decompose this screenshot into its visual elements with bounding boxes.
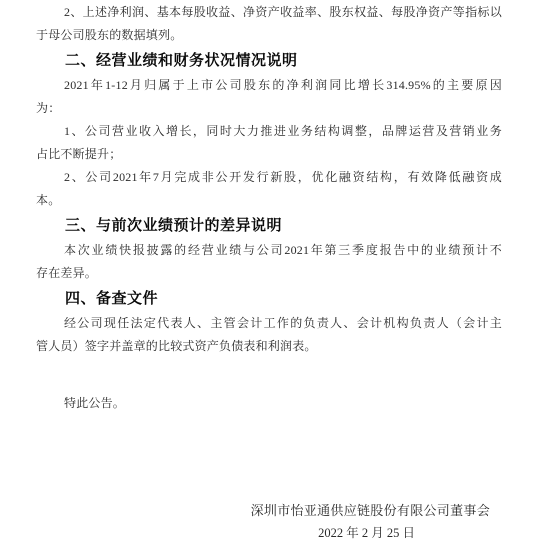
signature-company: 深圳市怡亚通供应链股份有限公司董事会	[36, 499, 502, 522]
text-line: 于母公司股东的数据填列。	[36, 24, 502, 47]
body-paragraph: 本次业绩快报披露的经营业绩与公司2021年第三季度报告中的业绩预计不 存在差异。	[36, 239, 502, 285]
text-line: 2、上述净利润、基本每股收益、净资产收益率、股东权益、每股净资产等指标以归属	[36, 1, 502, 24]
text-line: 为：	[36, 97, 502, 120]
text-line: 经公司现任法定代表人、主管会计工作的负责人、会计机构负责人（会计主	[36, 312, 502, 335]
text-line: 2021年1-12月归属于上市公司股东的净利润同比增长314.95%的主要原因	[36, 74, 502, 97]
text-line: 管人员）签字并盖章的比较式资产负债表和利润表。	[36, 335, 502, 358]
text-line: 1、公司营业收入增长，同时大力推进业务结构调整，品牌运营及营销业务	[36, 120, 502, 143]
closing-line: 特此公告。	[36, 392, 502, 415]
section-heading-difference: 三、与前次业绩预计的差异说明	[65, 214, 502, 237]
signature-block: 深圳市怡亚通供应链股份有限公司董事会 2022 年 2 月 25 日	[36, 499, 502, 545]
document-content: 2、上述净利润、基本每股收益、净资产收益率、股东权益、每股净资产等指标以归属 于…	[0, 0, 535, 545]
text-line: 占比不断提升；	[36, 143, 502, 166]
text-line: 本。	[36, 189, 502, 212]
section-heading-operations: 二、经营业绩和财务状况情况说明	[65, 49, 502, 72]
text-line: 2、公司2021年7月完成非公开发行新股，优化融资结构，有效降低融资成	[36, 166, 502, 189]
body-paragraph: 经公司现任法定代表人、主管会计工作的负责人、会计机构负责人（会计主 管人员）签字…	[36, 312, 502, 358]
text-line: 本次业绩快报披露的经营业绩与公司2021年第三季度报告中的业绩预计不	[36, 239, 502, 262]
text-line: 存在差异。	[36, 262, 502, 285]
document-page: 2、上述净利润、基本每股收益、净资产收益率、股东权益、每股净资产等指标以归属 于…	[0, 0, 535, 545]
section-heading-reference-documents: 四、备查文件	[65, 287, 502, 310]
body-paragraph: 1、公司营业收入增长，同时大力推进业务结构调整，品牌运营及营销业务 占比不断提升…	[36, 120, 502, 166]
body-paragraph: 2、公司2021年7月完成非公开发行新股，优化融资结构，有效降低融资成 本。	[36, 166, 502, 212]
body-paragraph: 2021年1-12月归属于上市公司股东的净利润同比增长314.95%的主要原因 …	[36, 74, 502, 120]
intro-paragraph: 2、上述净利润、基本每股收益、净资产收益率、股东权益、每股净资产等指标以归属 于…	[36, 1, 502, 47]
closing-paragraph: 特此公告。	[36, 392, 502, 415]
signature-date: 2022 年 2 月 25 日	[36, 522, 502, 545]
